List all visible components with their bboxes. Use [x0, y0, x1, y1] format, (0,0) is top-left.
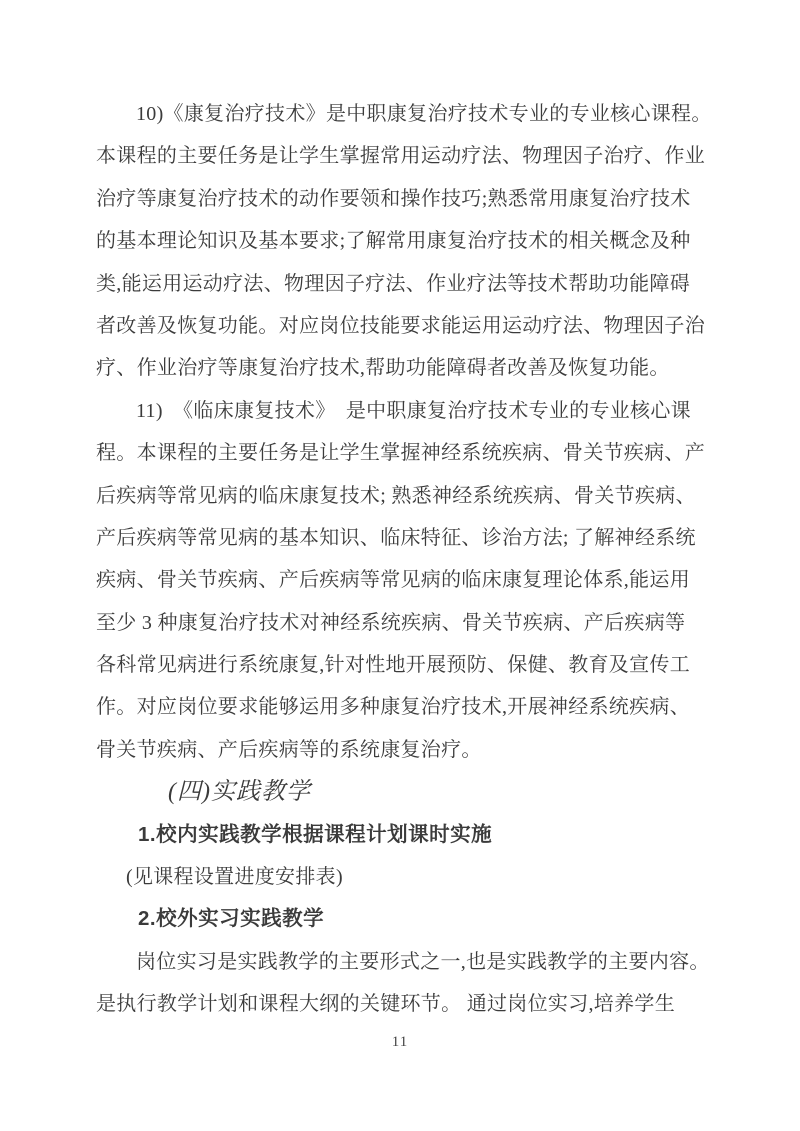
text-line: 岗位实习是实践教学的主要形式之一,也是实践教学的主要内容。	[96, 941, 704, 983]
text-line: 10)《康复治疗技术》是中职康复治疗技术专业的专业核心课程。	[96, 93, 704, 135]
text-line: 者改善及恢复功能。对应岗位技能要求能运用运动疗法、物理因子治	[96, 305, 704, 347]
subheading-campus-practice: 1.校内实践教学根据课程计划课时实施	[96, 814, 704, 856]
text-line: 程。本课程的主要任务是让学生掌握神经系统疾病、骨关节疾病、产	[96, 432, 704, 474]
document-content: 10)《康复治疗技术》是中职康复治疗技术专业的专业核心课程。 本课程的主要任务是…	[96, 93, 704, 1026]
text-line: 的基本理论知识及基本要求;了解常用康复治疗技术的相关概念及种	[96, 220, 704, 262]
text-line: 产后疾病等常见病的基本知识、临床特征、诊治方法; 了解神经系统	[96, 517, 704, 559]
text-line: 各科常见病进行系统康复,针对性地开展预防、保健、教育及宣传工	[96, 644, 704, 686]
page-footer: 11	[0, 1033, 800, 1051]
text-line: 疾病、骨关节疾病、产后疾病等常见病的临床康复理论体系,能运用	[96, 559, 704, 601]
text-line: 骨关节疾病、产后疾病等的系统康复治疗。	[96, 729, 704, 771]
text-line: 疗、作业治疗等康复治疗技术,帮助功能障碍者改善及恢复功能。	[96, 347, 704, 389]
section-heading-practice-teaching: (四)实践教学	[96, 771, 704, 813]
text-line: 11) 《临床康复技术》 是中职康复治疗技术专业的专业核心课	[96, 390, 704, 432]
text-line: 作。对应岗位要求能够运用多种康复治疗技术,开展神经系统疾病、	[96, 686, 704, 728]
text-line: 至少 3 种康复治疗技术对神经系统疾病、骨关节疾病、产后疾病等	[96, 602, 704, 644]
document-page: 10)《康复治疗技术》是中职康复治疗技术专业的专业核心课程。 本课程的主要任务是…	[0, 0, 800, 1131]
page-number: 11	[392, 1034, 408, 1050]
text-line: 本课程的主要任务是让学生掌握常用运动疗法、物理因子治疗、作业	[96, 135, 704, 177]
paragraph-internship: 岗位实习是实践教学的主要形式之一,也是实践教学的主要内容。 是执行教学计划和课程…	[96, 941, 704, 1026]
text-line: 类,能运用运动疗法、物理因子疗法、作业疗法等技术帮助功能障碍	[96, 263, 704, 305]
paragraph-course-11: 11) 《临床康复技术》 是中职康复治疗技术专业的专业核心课 程。本课程的主要任…	[96, 390, 704, 772]
text-line: 治疗等康复治疗技术的动作要领和操作技巧;熟悉常用康复治疗技术	[96, 178, 704, 220]
text-line: 是执行教学计划和课程大纲的关键环节。 通过岗位实习,培养学生	[96, 983, 704, 1025]
subheading-external-practice: 2.校外实习实践教学	[96, 898, 704, 940]
text-line: 后疾病等常见病的临床康复技术; 熟悉神经系统疾病、骨关节疾病、	[96, 475, 704, 517]
note-course-schedule: (见课程设置进度安排表)	[96, 856, 704, 898]
paragraph-course-10: 10)《康复治疗技术》是中职康复治疗技术专业的专业核心课程。 本课程的主要任务是…	[96, 93, 704, 390]
